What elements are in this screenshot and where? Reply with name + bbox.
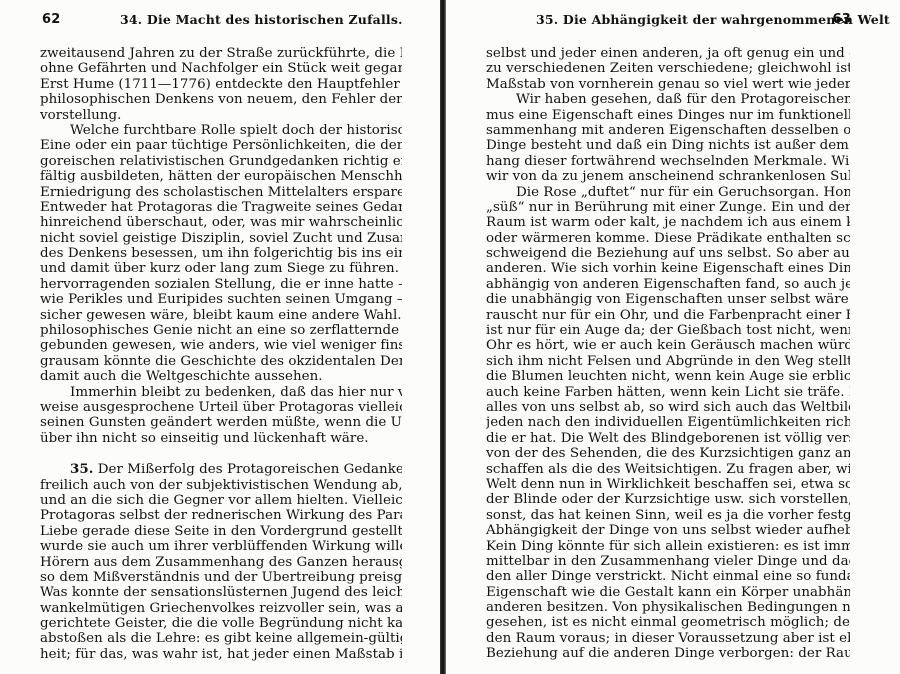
section-spacer [40, 446, 402, 462]
text-line: hinreichend überschaut, oder, was mir wa… [40, 215, 402, 230]
text-line: zu verschiedenen Zeiten verschiedene; gl… [486, 61, 850, 76]
text-line: Welche furchtbare Rolle spielt doch der … [40, 123, 402, 138]
text-line: sicher gewesen wäre, bleibt kaum eine an… [40, 308, 402, 323]
text-line: Eigenschaft wie die Gestalt kann ein Kör… [486, 585, 850, 600]
text-line: den Raum voraus; in dieser Voraussetzung… [486, 631, 850, 646]
text-line: anderen besitzen. Von physikalischen Bed… [486, 600, 850, 615]
text-line: grausam könnte die Geschichte des okzide… [40, 354, 402, 369]
running-head-left: 62 34. Die Macht des historischen Zufall… [42, 10, 402, 30]
text-line: Maßstab von vornherein genau so viel wer… [486, 77, 850, 92]
text-line: gebunden gewesen, wie anders, wie viel w… [40, 338, 402, 353]
text-line: fältig ausbildeten, hätten der europäisc… [40, 169, 402, 184]
running-head-right: 35. Die Abhängigkeit der wahrgenommenen … [486, 10, 851, 30]
text-line: damit auch die Weltgeschichte aussehen. [40, 369, 402, 384]
text-line: die unabhängig von Eigenschaften unser s… [486, 292, 850, 307]
section-35: 35. Der Mißerfolg des Protagoreischen Ge… [40, 462, 402, 662]
paragraph: Die Rose „duftet“ nur für ein Geruchsorg… [486, 185, 850, 662]
text-line: sammenhang mit anderen Eigenschaften des… [486, 123, 850, 138]
text-line: mus eine Eigenschaft eines Dinges nur im… [486, 108, 850, 123]
text-line: abstoßen als die Lehre: es gibt keine al… [40, 631, 402, 646]
text-line: ist nur für ein Auge da; der Gießbach to… [486, 323, 850, 338]
text-line: und an die sich die Gegner vor allem hie… [40, 493, 402, 508]
section-number: 35. [70, 462, 93, 477]
text-line: Die Rose „duftet“ nur für ein Geruchsorg… [486, 185, 850, 200]
text-line: wie Perikles und Euripides suchten seine… [40, 292, 402, 307]
text-line: schweigend die Beziehung auf uns selbst.… [486, 246, 850, 261]
text-line: so dem Mißverständnis und der Übertreibu… [40, 570, 402, 585]
text-line: schaffen als die des Weitsichtigen. Zu f… [486, 462, 850, 477]
right-page: 35. Die Abhängigkeit der wahrgenommenen … [446, 0, 900, 674]
text-line: gesehen, ist es nicht einmal geometrisch… [486, 615, 850, 630]
page-number: 63 [833, 10, 852, 30]
text-line: rauscht nur für ein Ohr, und die Farbenp… [486, 308, 850, 323]
paragraph: selbst und jeder einen anderen, ja oft g… [486, 46, 850, 92]
text-line: Was konnte der sensationslüsternen Jugen… [40, 585, 402, 600]
text-line: Wir haben gesehen, daß für den Protagore… [486, 92, 850, 107]
text-line: sonst, das hat keinen Sinn, weil es ja d… [486, 508, 850, 523]
text-line: Dinge besteht und daß ein Ding nichts is… [486, 138, 850, 153]
paragraph: Immerhin bleibt zu bedenken, daß das hie… [40, 385, 402, 447]
text-line: anderen. Wie sich vorhin keine Eigenscha… [486, 261, 850, 276]
left-page-body: zweitausend Jahren zu der Straße zurückf… [40, 46, 402, 662]
text-line: die Blumen leuchten nicht, wenn kein Aug… [486, 369, 850, 384]
text-line: Erniedrigung des scholastischen Mittelal… [40, 185, 402, 200]
text-line: und damit über kurz oder lang zum Siege … [40, 261, 402, 276]
text-line: Welt denn nun in Wirklichkeit beschaffen… [486, 477, 850, 492]
text-line: Liebe gerade diese Seite in den Vordergr… [40, 524, 402, 539]
text-line: oder wärmeren komme. Diese Prädikate ent… [486, 231, 850, 246]
paragraph: zweitausend Jahren zu der Straße zurückf… [40, 46, 402, 123]
text-line: Eine oder ein paar tüchtige Persönlichke… [40, 138, 402, 153]
text-line: seinen Gunsten geändert werden müßte, we… [40, 415, 402, 430]
text-line: den aller Dinge verstrickt. Nicht einmal… [486, 569, 850, 584]
text-line: mittelbar in den Zusammenhang vieler Din… [486, 554, 850, 569]
text-line: alles von uns selbst ab, so wird sich au… [486, 400, 850, 415]
book-spread: 62 34. Die Macht des historischen Zufall… [0, 0, 900, 674]
text-line: zweitausend Jahren zu der Straße zurückf… [40, 46, 402, 61]
text-line: wankelmütigen Griechenvolkes reizvoller … [40, 601, 402, 616]
text-line: selbst und jeder einen anderen, ja oft g… [486, 46, 850, 61]
text-line: gerichtete Geister, die die volle Begrün… [40, 616, 402, 631]
text-line: von der des Sehenden, die des Kurzsichti… [486, 446, 850, 461]
text-line: Kein Ding könnte für sich allein existie… [486, 539, 850, 554]
chapter-heading: 34. Die Macht des historischen Zufalls. [120, 10, 403, 30]
page-number: 62 [42, 10, 61, 30]
text-line: Protagoras selbst der rednerischen Wirku… [40, 508, 402, 523]
text-line: abhängig von anderen Eigenschaften fand,… [486, 277, 850, 292]
text-line: Der Mißerfolg des Protagoreischen Gedank… [98, 462, 402, 477]
text-line: vorstellung. [40, 108, 402, 123]
text-line: sich ihm nicht Felsen und Abgründe in de… [486, 354, 850, 369]
text-line: auch keine Farben hätten, wenn kein Lich… [486, 385, 850, 400]
text-line: über ihn nicht so einseitig und lückenha… [40, 431, 402, 446]
text-line: Immerhin bleibt zu bedenken, daß das hie… [40, 385, 402, 400]
text-line: philosophischen Denkens von neuem, den F… [40, 92, 402, 107]
text-line: „süß“ nur in Berührung mit einer Zunge. … [486, 200, 850, 215]
text-line: hervorragenden sozialen Stellung, die er… [40, 277, 402, 292]
right-page-body: selbst und jeder einen anderen, ja oft g… [486, 46, 850, 662]
text-line: nicht soviel geistige Disziplin, soviel … [40, 231, 402, 246]
text-line: Ohr es hört, wie er auch kein Geräusch m… [486, 338, 850, 353]
section-first-line: 35. Der Mißerfolg des Protagoreischen Ge… [40, 462, 402, 477]
text-line: Entweder hat Protagoras die Tragweite se… [40, 200, 402, 215]
text-line: goreischen relativistischen Grundgedanke… [40, 154, 402, 169]
paragraph: Wir haben gesehen, daß für den Protagore… [486, 92, 850, 184]
text-line: freilich auch von der subjektivistischen… [40, 478, 402, 493]
text-line: wir von da zu jenem anscheinend schranke… [486, 169, 850, 184]
text-line: die er hat. Die Welt des Blindgeborenen … [486, 431, 850, 446]
text-line: heit; für das, was wahr ist, hat jeder e… [40, 647, 402, 662]
text-line: philosophisches Genie nicht an eine so z… [40, 323, 402, 338]
text-line: Beziehung auf die anderen Dinge verborge… [486, 646, 850, 661]
text-line: weise ausgesprochene Urteil über Protago… [40, 400, 402, 415]
paragraph: Welche furchtbare Rolle spielt doch der … [40, 123, 402, 385]
text-line: des Denkens besessen, um ihn folgerichti… [40, 246, 402, 261]
text-line: ohne Gefährten und Nachfolger ein Stück … [40, 61, 402, 76]
text-line: der Blinde oder der Kurzsichtige usw. si… [486, 492, 850, 507]
text-line: Erst Hume (1711—1776) entdeckte den Haup… [40, 77, 402, 92]
text-line: wurde sie auch um ihrer verblüffenden Wi… [40, 539, 402, 554]
text-line: hang dieser fortwährend wechselnden Merk… [486, 154, 850, 169]
text-line: jeden nach den individuellen Eigentümlic… [486, 415, 850, 430]
text-line: Raum ist warm oder kalt, je nachdem ich … [486, 215, 850, 230]
text-line: Hörern aus dem Zusammenhang des Ganzen h… [40, 555, 402, 570]
left-page: 62 34. Die Macht des historischen Zufall… [0, 0, 440, 674]
text-line: Abhängigkeit der Dinge von uns selbst wi… [486, 523, 850, 538]
